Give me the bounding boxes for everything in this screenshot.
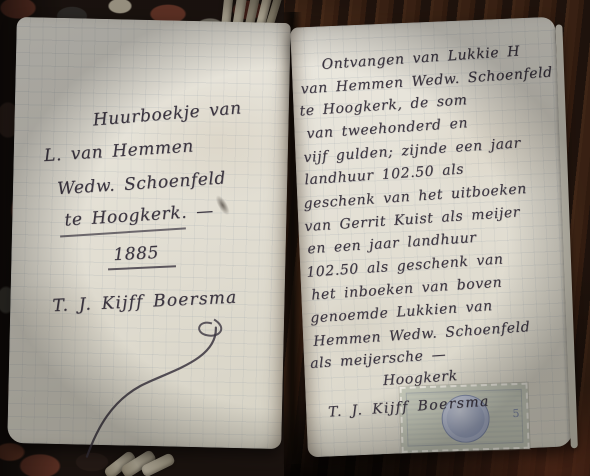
handwritten-line: te Hoogkerk, de som [299, 92, 468, 119]
signature-flourish [73, 310, 236, 464]
stamp-value: 5 [512, 407, 519, 420]
handwritten-line: als meijersche — [310, 347, 447, 372]
handwritten-line: te Hoogkerk. — [64, 201, 214, 231]
year-text: 1885 [107, 242, 176, 270]
handwritten-line: landhuur 102.50 als [304, 162, 465, 189]
revenue-stamp: 5 [400, 383, 530, 453]
handwritten-line: Wedw. Schoenfeld [57, 168, 227, 199]
handwritten-line: Huurboekje van [92, 98, 242, 130]
left-page: Huurboekje van L. van Hemmen Wedw. Schoe… [7, 17, 291, 449]
handwritten-line: L. van Hemmen [43, 136, 194, 166]
ink-smudge [211, 190, 235, 220]
handwritten-line: en een jaar landhuur [307, 230, 477, 257]
handwritten-line: van tweehonderd en [306, 115, 469, 142]
right-page: Ontvangen van Lukkie H van Hemmen Wedw. … [290, 17, 573, 458]
handwritten-line: genoemde Lukkien van [310, 298, 493, 326]
photo-scene: Huurboekje van L. van Hemmen Wedw. Schoe… [0, 0, 590, 476]
